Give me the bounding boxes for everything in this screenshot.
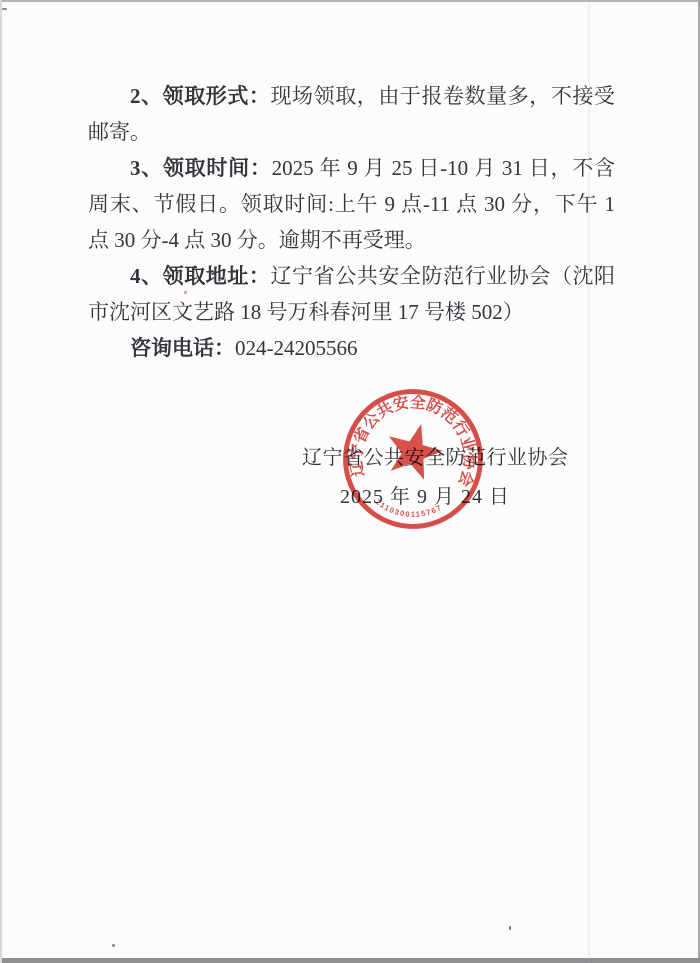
scan-speck (112, 944, 115, 947)
scanned-document-page: 2、领取形式：现场领取，由于报卷数量多，不接受邮寄。 3、领取时间：2025 年… (0, 0, 700, 963)
paragraph-label: 咨询电话： (130, 336, 235, 360)
document-body: 2、领取形式：现场领取，由于报卷数量多，不接受邮寄。 3、领取时间：2025 年… (88, 78, 615, 366)
scan-speck (2, 8, 7, 10)
scan-edge-bottom (0, 958, 700, 963)
paragraph-label: 3、领取时间： (130, 156, 272, 180)
paragraph-label: 2、领取形式： (130, 84, 270, 108)
official-seal: 辽宁省公共安全防范行业协会 2110300115767 (330, 373, 495, 546)
paragraph-text: 024-24205566 (235, 336, 358, 360)
scan-streak (588, 0, 590, 963)
paragraph-pickup-time: 3、领取时间：2025 年 9 月 25 日-10 月 31 日，不含周末、节假… (88, 150, 615, 258)
paragraph-phone: 咨询电话：024-24205566 (88, 330, 615, 366)
scan-speck (509, 926, 511, 930)
paragraph-pickup-address: 4、领取地址：辽宁省公共安全防范行业协会（沈阳市沈河区文艺路 18 号万科春河里… (88, 258, 615, 330)
scan-edge-left (0, 0, 2, 963)
scan-edge-top (0, 0, 700, 2)
paragraph-label: 4、领取地址： (130, 264, 270, 288)
red-star-icon (385, 421, 445, 481)
scan-speck (184, 291, 187, 294)
paragraph-pickup-form: 2、领取形式：现场领取，由于报卷数量多，不接受邮寄。 (88, 78, 615, 150)
